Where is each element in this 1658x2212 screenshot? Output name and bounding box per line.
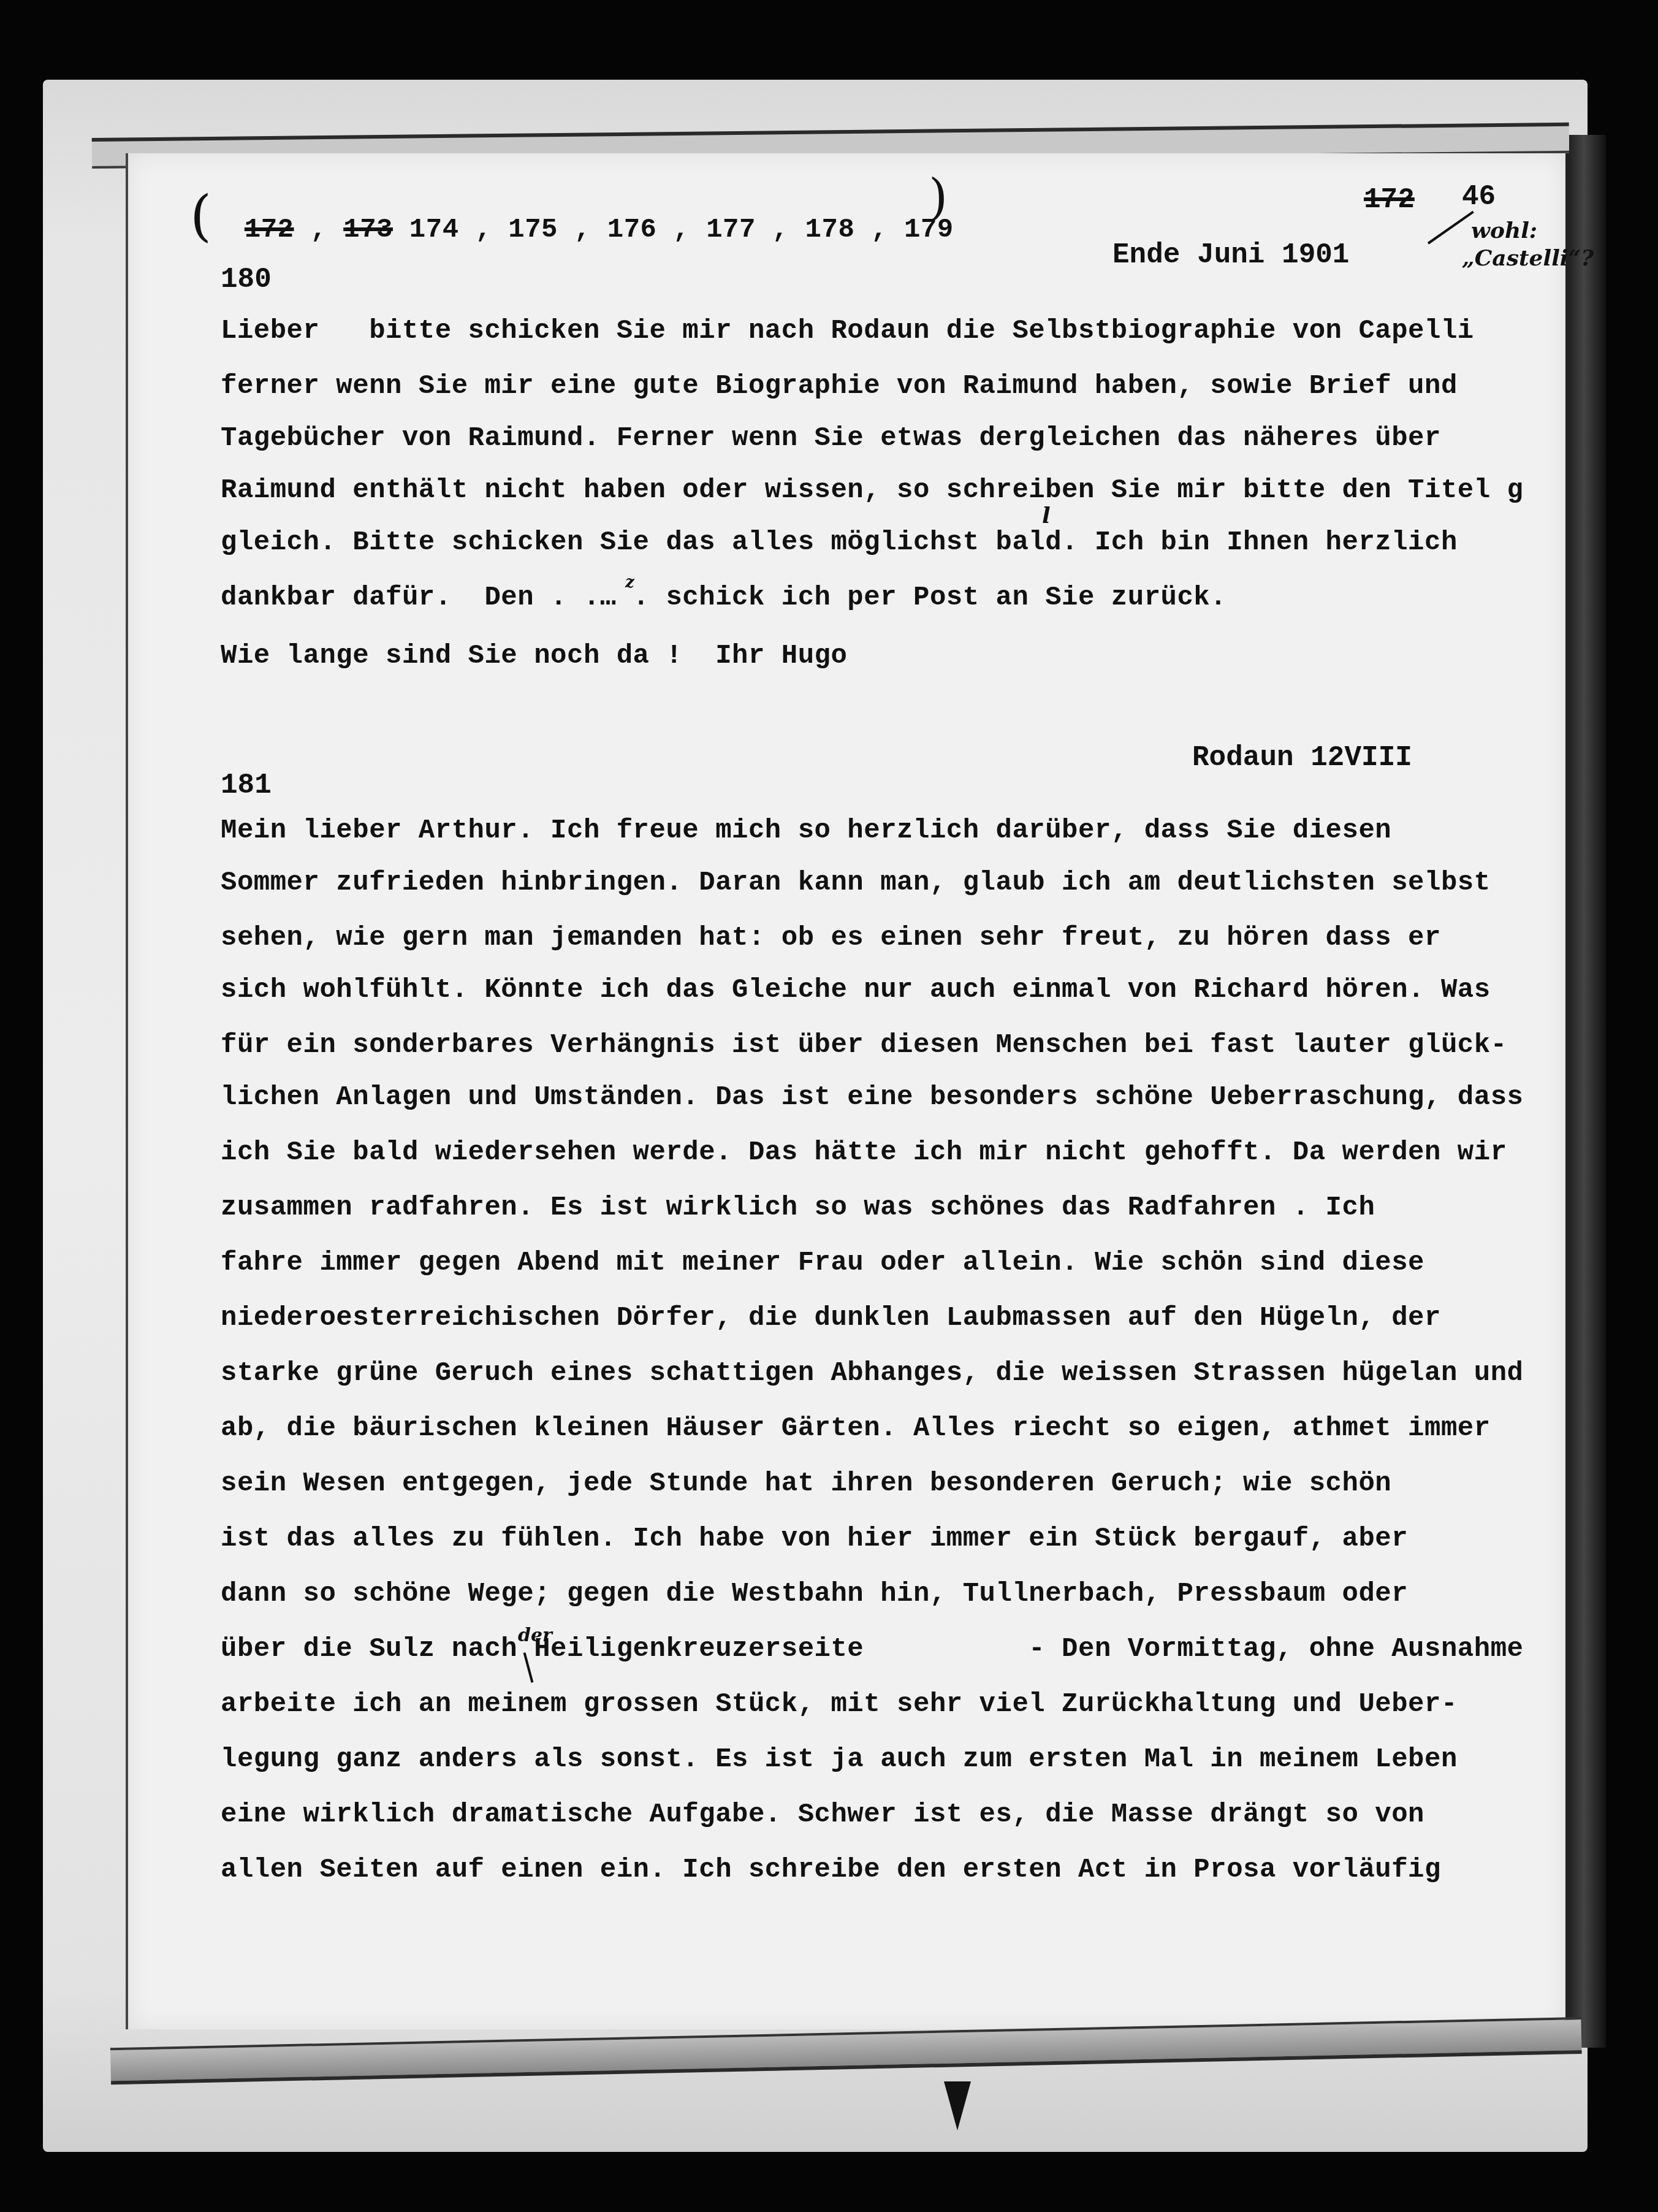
header-letter-numbers: 172 , 173 174 , 175 , 176 , 177 , 178 , … bbox=[211, 184, 954, 245]
letter-line: Tagebücher von Raimund. Ferner wenn Sie … bbox=[221, 423, 1441, 454]
struck-number: 173 bbox=[343, 215, 393, 245]
letter-line: arbeite ich an meinem grossen Stück, mit… bbox=[221, 1689, 1458, 1720]
letter-line: für ein sonderbares Verhängnis ist über … bbox=[221, 1030, 1507, 1061]
letter-line: Sommer zufrieden hinbringen. Daran kann … bbox=[221, 868, 1491, 898]
bracket-close-mark: ) bbox=[929, 169, 948, 226]
letter-line: dann so schöne Wege; gegen die Westbahn … bbox=[221, 1579, 1408, 1609]
letter-line: niederoesterreichischen Dörfer, die dunk… bbox=[221, 1303, 1441, 1333]
header-numbers-rest: 174 , 175 , 176 , 177 , 178 , 179 bbox=[393, 215, 954, 245]
letter-line: zusammen radfahren. Es ist wirklich so w… bbox=[221, 1192, 1375, 1223]
handwritten-correction: z bbox=[625, 573, 634, 592]
handwritten-correction: l bbox=[1042, 503, 1051, 528]
separator: , bbox=[294, 215, 344, 245]
letter-line: sich wohlfühlt. Könnte ich das Gleiche n… bbox=[221, 975, 1491, 1005]
letter-number: 181 bbox=[221, 769, 272, 801]
margin-note-line2: „Castelli“? bbox=[1462, 245, 1594, 271]
letter-line: Mein lieber Arthur. Ich freue mich so he… bbox=[221, 815, 1391, 846]
margin-note-line1: wohl: bbox=[1471, 218, 1537, 243]
page-number: 46 bbox=[1462, 181, 1496, 213]
letter-line: legung ganz anders als sonst. Es ist ja … bbox=[221, 1744, 1458, 1775]
letter-number: 180 bbox=[221, 264, 272, 296]
letter-line: Raimund enthält nicht haben oder wissen,… bbox=[221, 475, 1523, 506]
letter-line: starke grüne Geruch eines schattigen Abh… bbox=[221, 1358, 1523, 1389]
letter-line: ich Sie bald wiedersehen werde. Das hätt… bbox=[221, 1137, 1507, 1168]
letter-line: sehen, wie gern man jemanden hat: ob es … bbox=[221, 923, 1441, 953]
tear-mark bbox=[944, 2081, 971, 2130]
letter-line: ist das alles zu fühlen. Ich habe von hi… bbox=[221, 1524, 1408, 1554]
letter-line: allen Seiten auf einen ein. Ich schreibe… bbox=[221, 1855, 1441, 1885]
letter-date: Ende Juni 1901 bbox=[1112, 239, 1349, 271]
letter-date: Rodaun 12VIII bbox=[1192, 742, 1412, 774]
letter-line: eine wirklich dramatische Aufgabe. Schwe… bbox=[221, 1799, 1424, 1830]
letter-line: gleich. Bitte schicken Sie das alles mög… bbox=[221, 527, 1458, 558]
letter-line: Lieber bitte schicken Sie mir nach Rodau… bbox=[221, 316, 1474, 346]
letter-line: sein Wesen entgegen, jede Stunde hat ihr… bbox=[221, 1468, 1391, 1499]
letter-line: lichen Anlagen und Umständen. Das ist ei… bbox=[221, 1082, 1523, 1113]
letter-line: Wie lange sind Sie noch da ! Ihr Hugo bbox=[221, 641, 847, 671]
page-edge-shadow bbox=[1569, 135, 1606, 2048]
letter-line: ab, die bäurischen kleinen Häuser Gärten… bbox=[221, 1413, 1491, 1444]
struck-page-number: 172 bbox=[1364, 184, 1415, 216]
letter-line: ferner wenn Sie mir eine gute Biographie… bbox=[221, 371, 1458, 402]
letter-line: über die Sulz nach Heiligenkreuzerseite … bbox=[221, 1634, 1523, 1665]
letter-line: dankbar dafür. Den . .… . schick ich per… bbox=[221, 582, 1226, 613]
bracket-open-mark: ( bbox=[190, 184, 211, 248]
struck-number: 172 bbox=[245, 215, 294, 245]
letter-line: fahre immer gegen Abend mit meiner Frau … bbox=[221, 1248, 1424, 1278]
